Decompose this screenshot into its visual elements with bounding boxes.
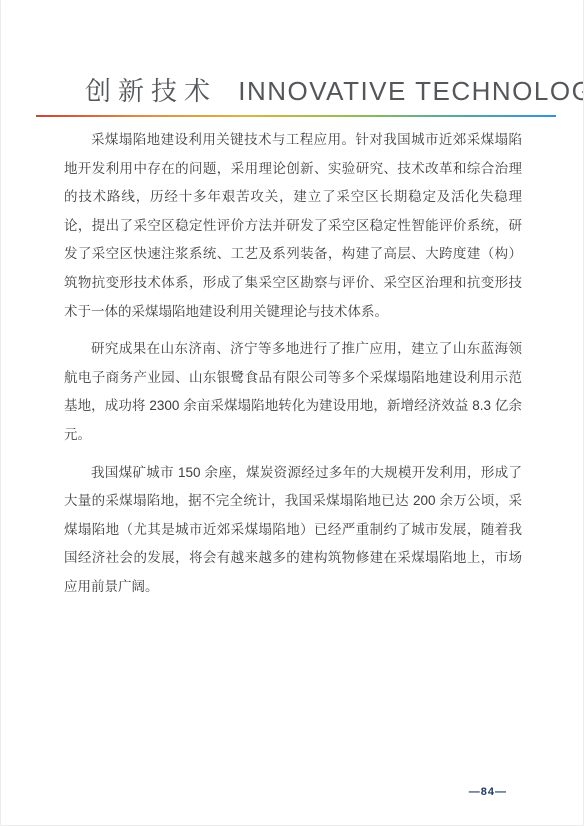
document-page: 创新技术 INNOVATIVE TECHNOLOGYH 采煤塌陷地建设利用关键技… xyxy=(1,0,583,825)
article-body: 采煤塌陷地建设利用关键技术与工程应用。针对我国城市近郊采煤塌陷地开发利用中存在的… xyxy=(64,126,522,602)
page-footer: —84— xyxy=(469,782,507,800)
title-english: INNOVATIVE TECHNOLOGYH xyxy=(238,76,583,106)
title-chinese: 创新技术 xyxy=(85,76,217,106)
paragraph-2: 研究成果在山东济南、济宁等多地进行了推广应用，建立了山东蓝海领航电子商务产业园、… xyxy=(64,335,522,449)
paragraph-3: 我国煤矿城市 150 余座，煤炭资源经过多年的大规模开发利用，形成了大量的采煤塌… xyxy=(64,459,522,602)
paragraph-1: 采煤塌陷地建设利用关键技术与工程应用。针对我国城市近郊采煤塌陷地开发利用中存在的… xyxy=(64,126,522,326)
page-number: —84— xyxy=(469,786,507,798)
page-title: 创新技术 INNOVATIVE TECHNOLOGYH xyxy=(85,78,583,104)
gradient-divider xyxy=(36,115,556,117)
page-header: 创新技术 INNOVATIVE TECHNOLOGYH xyxy=(1,78,583,117)
